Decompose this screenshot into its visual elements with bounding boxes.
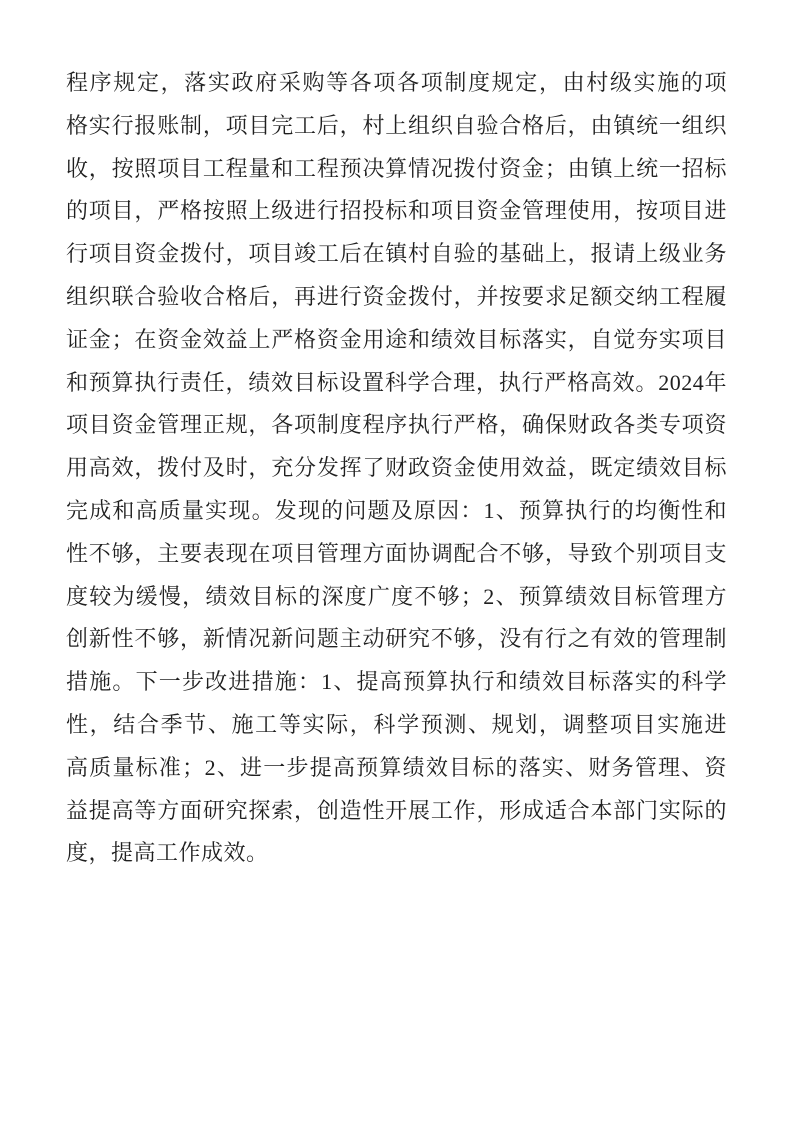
document-text-block: 程序规定，落实政府采购等各项各项制度规定，由村级实施的项目，严 格实行报账制，项… xyxy=(66,62,727,875)
document-line: 用高效，拨付及时，充分发挥了财政资金使用效益，既定绩效目标高效 xyxy=(66,447,727,490)
document-line: 程序规定，落实政府采购等各项各项制度规定，由村级实施的项目，严 xyxy=(66,62,727,105)
document-line: 项目资金管理正规，各项制度程序执行严格，确保财政各类专项资金使 xyxy=(66,404,727,447)
document-line: 格实行报账制，项目完工后，村上组织自验合格后，由镇统一组织验 xyxy=(66,105,727,148)
document-line: 创新性不够，新情况新问题主动研究不够，没有行之有效的管理制度和 xyxy=(66,618,727,661)
document-line: 收，按照项目工程量和工程预决算情况拨付资金；由镇上统一招标实施 xyxy=(66,148,727,191)
document-line: 和预算执行责任，绩效目标设置科学合理，执行严格高效。2024年全镇 xyxy=(66,362,727,405)
document-line: 度较为缓慢，绩效目标的深度广度不够；2、预算绩效目标管理方面的 xyxy=(66,576,727,619)
document-line: 高质量标准；2、进一步提高预算绩效目标的落实、财务管理、资金效 xyxy=(66,747,727,790)
document-line: 证金；在资金效益上严格资金用途和绩效目标落实，自觉夯实项目管理 xyxy=(66,319,727,362)
document-line: 行项目资金拨付，项目竣工后在镇村自验的基础上，报请上级业务部门 xyxy=(66,233,727,276)
document-page: 程序规定，落实政府采购等各项各项制度规定，由村级实施的项目，严 格实行报账制，项… xyxy=(0,0,793,1122)
document-line: 性不够，主要表现在项目管理方面协调配合不够，导致个别项目支出进 xyxy=(66,533,727,576)
document-line: 完成和高质量实现。发现的问题及原因：1、预算执行的均衡性和科学 xyxy=(66,490,727,533)
document-line: 的项目，严格按照上级进行招投标和项目资金管理使用，按项目进度进 xyxy=(66,190,727,233)
document-line: 性，结合季节、施工等实际，科学预测、规划，调整项目实施进度，提 xyxy=(66,704,727,747)
document-line: 措施。下一步改进措施：1、提高预算执行和绩效目标落实的科学 xyxy=(66,661,727,704)
document-line: 益提高等方面研究探索，创造性开展工作，形成适合本部门实际的制 xyxy=(66,790,727,833)
document-line: 组织联合验收合格后，再进行资金拨付，并按要求足额交纳工程履约保 xyxy=(66,276,727,319)
document-line: 度，提高工作成效。 xyxy=(66,832,727,875)
